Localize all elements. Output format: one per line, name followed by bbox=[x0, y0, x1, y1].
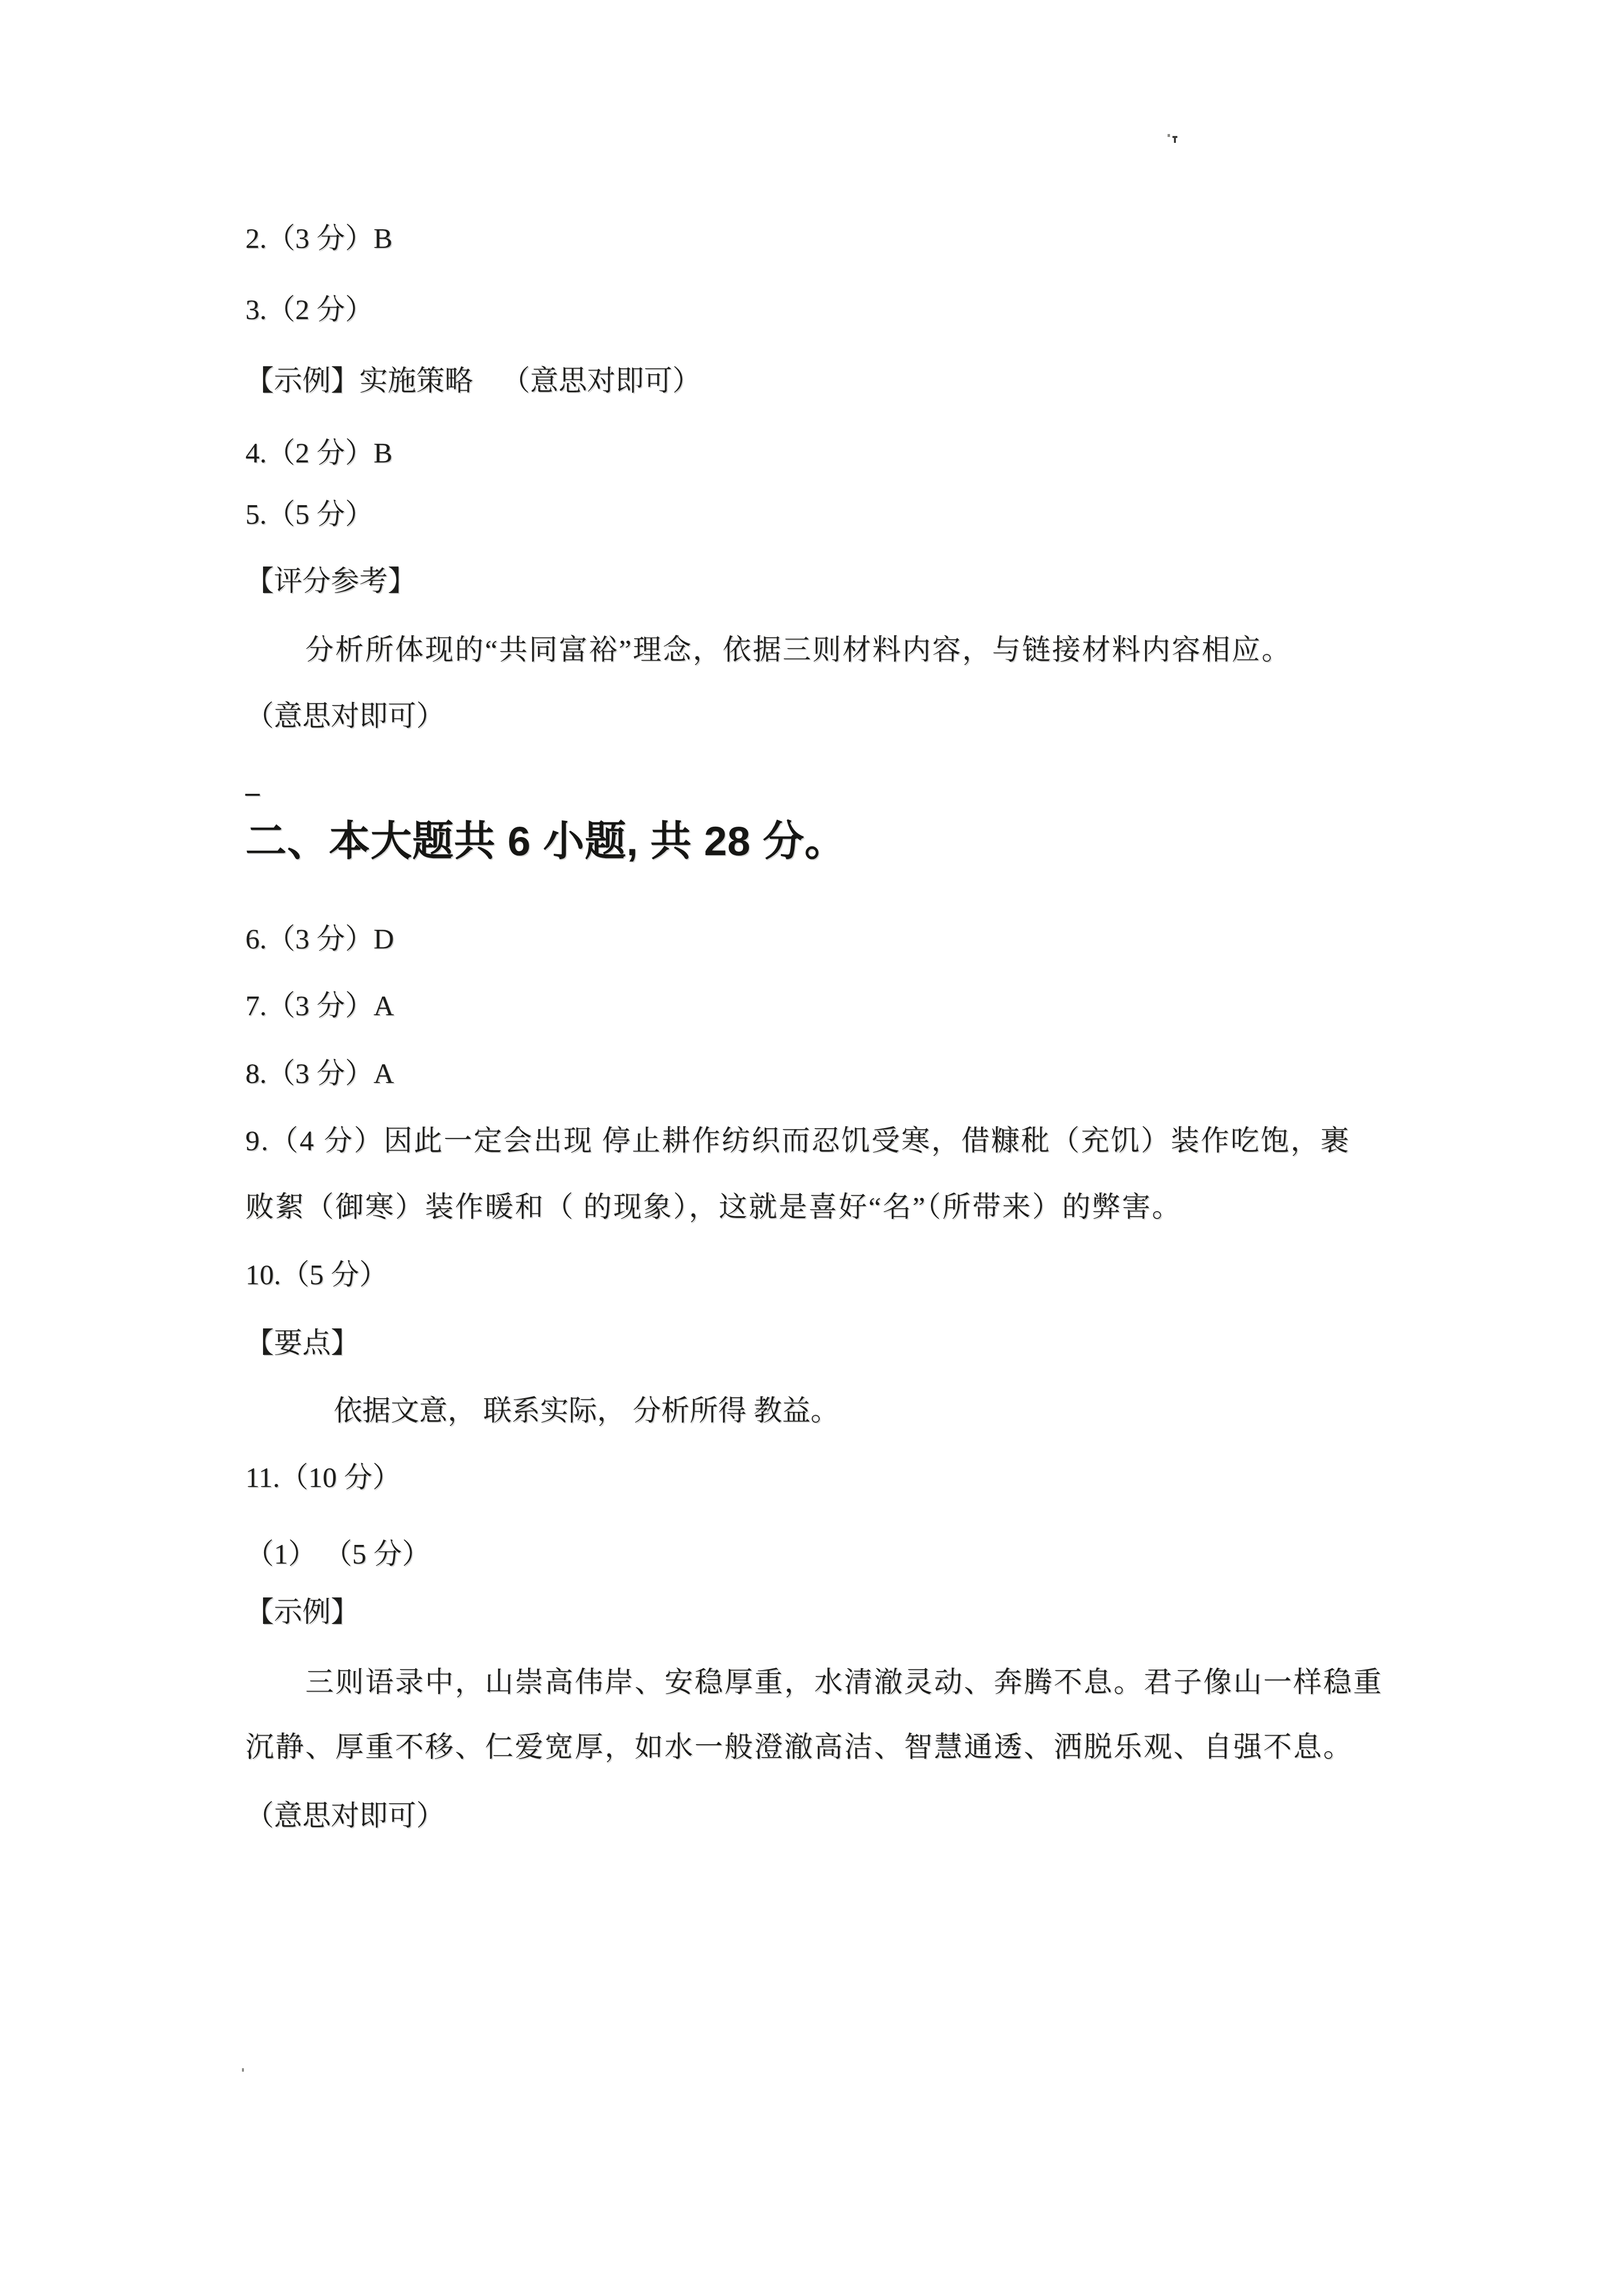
answer-q11-sub1: （1） （5 分） bbox=[245, 1539, 430, 1570]
answer-q8: 8.（3 分）A bbox=[245, 1058, 394, 1089]
answer-q9-line2: 败絮（御寒）装作暖和（ 的现象），这就是喜好“名”（所带来）的弊害。 bbox=[245, 1192, 1182, 1223]
answer-q11-example-line1: 三则语录中，山崇高伟岸、安稳厚重，水清澈灵动、奔腾不息。君子像山一样稳重 bbox=[305, 1667, 1383, 1698]
scan-speck-bottom-left bbox=[242, 2068, 244, 2072]
scan-speck-top-right-stem bbox=[1174, 136, 1176, 143]
answer-q10-points-text: 依据文意， 联系实际， 分析所得 教益。 bbox=[334, 1396, 839, 1427]
answer-q11-example-line2: 沉静、厚重不移、仁爱宽厚，如水一般澄澈高洁、智慧通透、洒脱乐观、自强不息。 bbox=[245, 1732, 1353, 1763]
scan-speck-top-right-dot bbox=[1168, 134, 1170, 137]
answer-q5-rubric-text: 分析所体现的“共同富裕”理念，依据三则材料内容，与链接材料内容相应。 bbox=[305, 635, 1292, 666]
answer-q4: 4.（2 分）B bbox=[245, 438, 393, 469]
answer-q2: 2.（3 分）B bbox=[245, 223, 393, 254]
answer-q5-rubric-label: 【评分参考】 bbox=[245, 566, 416, 597]
answer-q11: 11.（10 分） bbox=[245, 1462, 401, 1493]
section-two-heading: 二、本大题共 6 小题, 共 28 分。 bbox=[245, 819, 846, 864]
answer-q3: 3.（2 分） bbox=[245, 295, 373, 325]
answer-q7: 7.（3 分）A bbox=[245, 991, 394, 1022]
answer-q11-example-label: 【示例】 bbox=[245, 1597, 359, 1628]
stray-dash: – bbox=[245, 777, 260, 808]
answer-q9-line1: 9.（4 分）因此一定会出现 停止耕作纺织而忍饥受寒，借糠秕（充饥）装作吃饱，裹 bbox=[245, 1126, 1351, 1157]
answer-q11-note: （意思对即可） bbox=[245, 1801, 445, 1832]
answer-q3-example: 【示例】实施策略 （意思对即可） bbox=[245, 366, 701, 397]
answer-q5: 5.（5 分） bbox=[245, 499, 373, 530]
answer-q10: 10.（5 分） bbox=[245, 1260, 388, 1291]
answer-q10-points-label: 【要点】 bbox=[245, 1328, 359, 1359]
answer-q5-note: （意思对即可） bbox=[245, 701, 445, 732]
document-page: 2.（3 分）B 3.（2 分） 【示例】实施策略 （意思对即可） 4.（2 分… bbox=[0, 0, 1623, 2296]
answer-q6: 6.（3 分）D bbox=[245, 924, 394, 955]
